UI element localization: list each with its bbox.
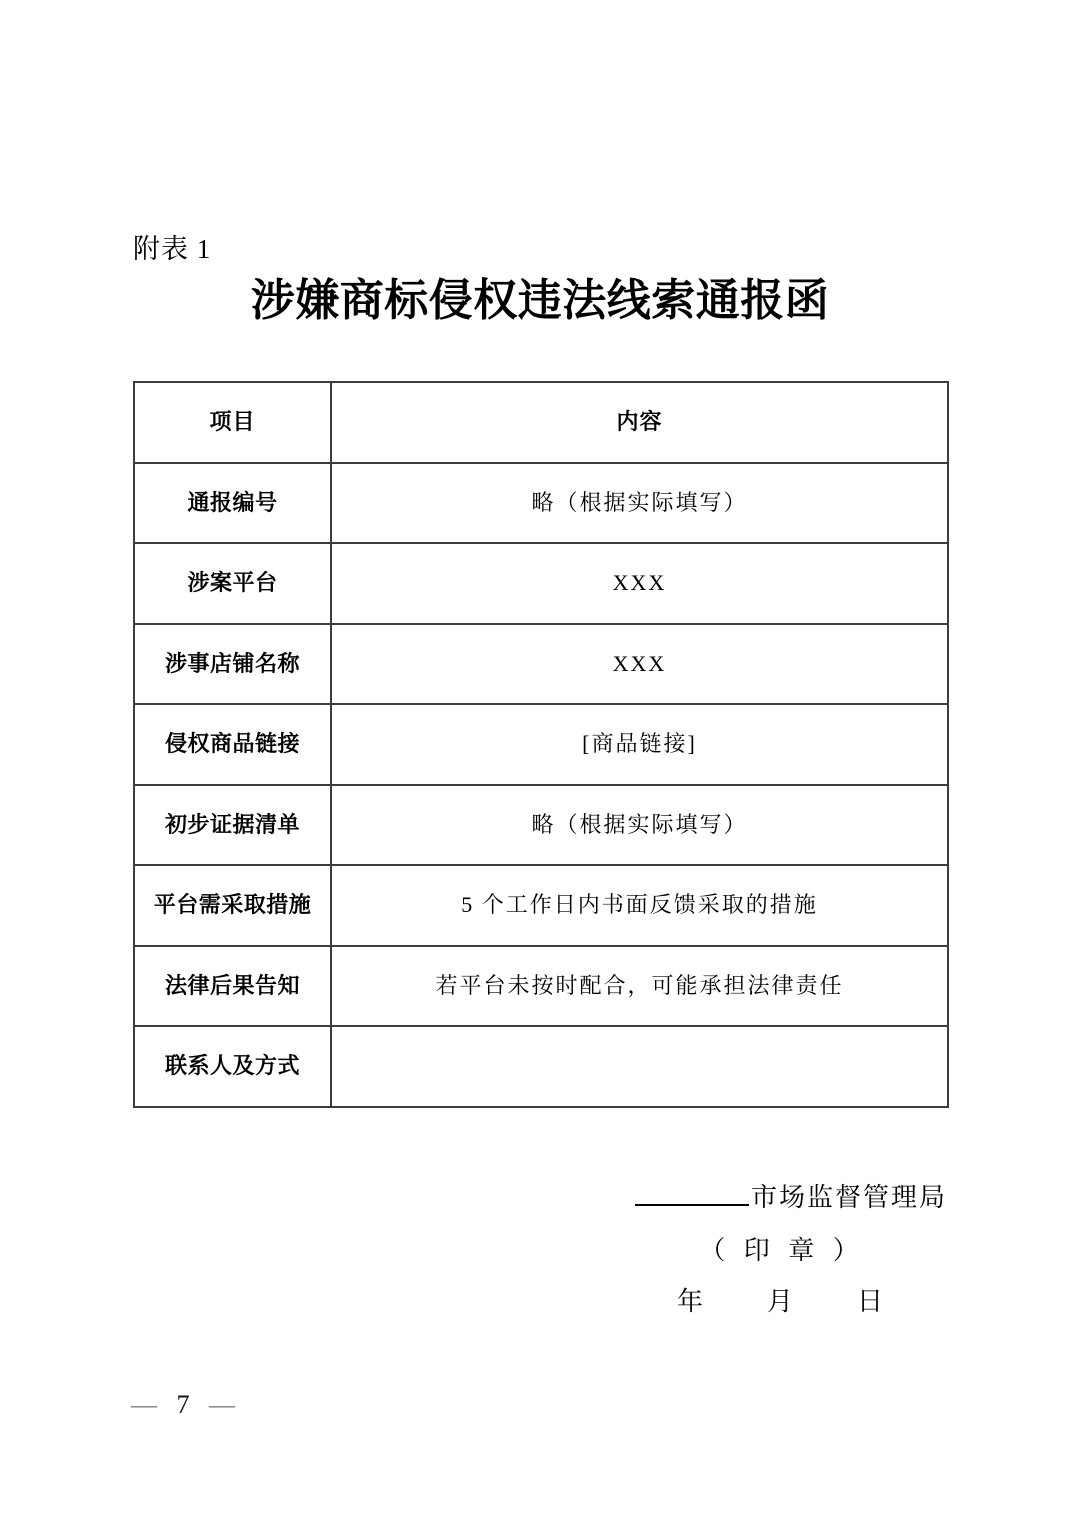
- row-content: XXX: [331, 543, 948, 624]
- column-header-content: 内容: [331, 382, 948, 463]
- row-content: XXX: [331, 624, 948, 705]
- authority-blank-underline: [635, 1180, 749, 1206]
- table-row-report-number: 通报编号 略（根据实际填写）: [134, 463, 948, 544]
- row-content: 略（根据实际填写）: [331, 463, 948, 544]
- table-row-platform: 涉案平台 XXX: [134, 543, 948, 624]
- row-content: 若平台未按时配合，可能承担法律责任: [331, 946, 948, 1027]
- row-content: [商品链接]: [331, 704, 948, 785]
- row-content: [331, 1026, 948, 1107]
- document-title: 涉嫌商标侵权违法线索通报函: [0, 276, 1080, 326]
- row-label: 平台需采取措施: [134, 865, 331, 946]
- footer-dash-left: —: [131, 1390, 157, 1419]
- column-header-item: 项目: [134, 382, 331, 463]
- table-row-platform-measures: 平台需采取措施 5 个工作日内书面反馈采取的措施: [134, 865, 948, 946]
- table-row-legal-consequences: 法律后果告知 若平台未按时配合，可能承担法律责任: [134, 946, 948, 1027]
- row-label: 联系人及方式: [134, 1026, 331, 1107]
- signature-block: 市场监督管理局 （ 印 章 ） 年 月 日: [617, 1180, 947, 1317]
- page-footer: — 7 —: [131, 1390, 235, 1420]
- row-label: 通报编号: [134, 463, 331, 544]
- table-row-product-link: 侵权商品链接 [商品链接]: [134, 704, 948, 785]
- table-header-row: 项目 内容: [134, 382, 948, 463]
- authority-name: 市场监督管理局: [751, 1183, 947, 1212]
- footer-dash-right: —: [209, 1390, 235, 1419]
- notification-form-table: 项目 内容 通报编号 略（根据实际填写） 涉案平台 XXX 涉事店铺名称 XXX…: [133, 381, 949, 1108]
- row-content: 略（根据实际填写）: [331, 785, 948, 866]
- row-content: 5 个工作日内书面反馈采取的措施: [331, 865, 948, 946]
- row-label: 侵权商品链接: [134, 704, 331, 785]
- row-label: 涉事店铺名称: [134, 624, 331, 705]
- row-label: 涉案平台: [134, 543, 331, 624]
- page-number: 7: [164, 1390, 203, 1419]
- attachment-label: 附表 1: [133, 233, 211, 265]
- table-row-shop-name: 涉事店铺名称 XXX: [134, 624, 948, 705]
- row-label: 法律后果告知: [134, 946, 331, 1027]
- table-row-evidence-list: 初步证据清单 略（根据实际填写）: [134, 785, 948, 866]
- document-page: 附表 1 涉嫌商标侵权违法线索通报函 项目 内容 通报编号 略（根据实际填写） …: [0, 0, 1080, 1527]
- date-line: 年 月 日: [617, 1287, 947, 1317]
- row-label: 初步证据清单: [134, 785, 331, 866]
- seal-placeholder: （ 印 章 ）: [617, 1236, 947, 1266]
- authority-line: 市场监督管理局: [617, 1180, 947, 1213]
- table-row-contact-info: 联系人及方式: [134, 1026, 948, 1107]
